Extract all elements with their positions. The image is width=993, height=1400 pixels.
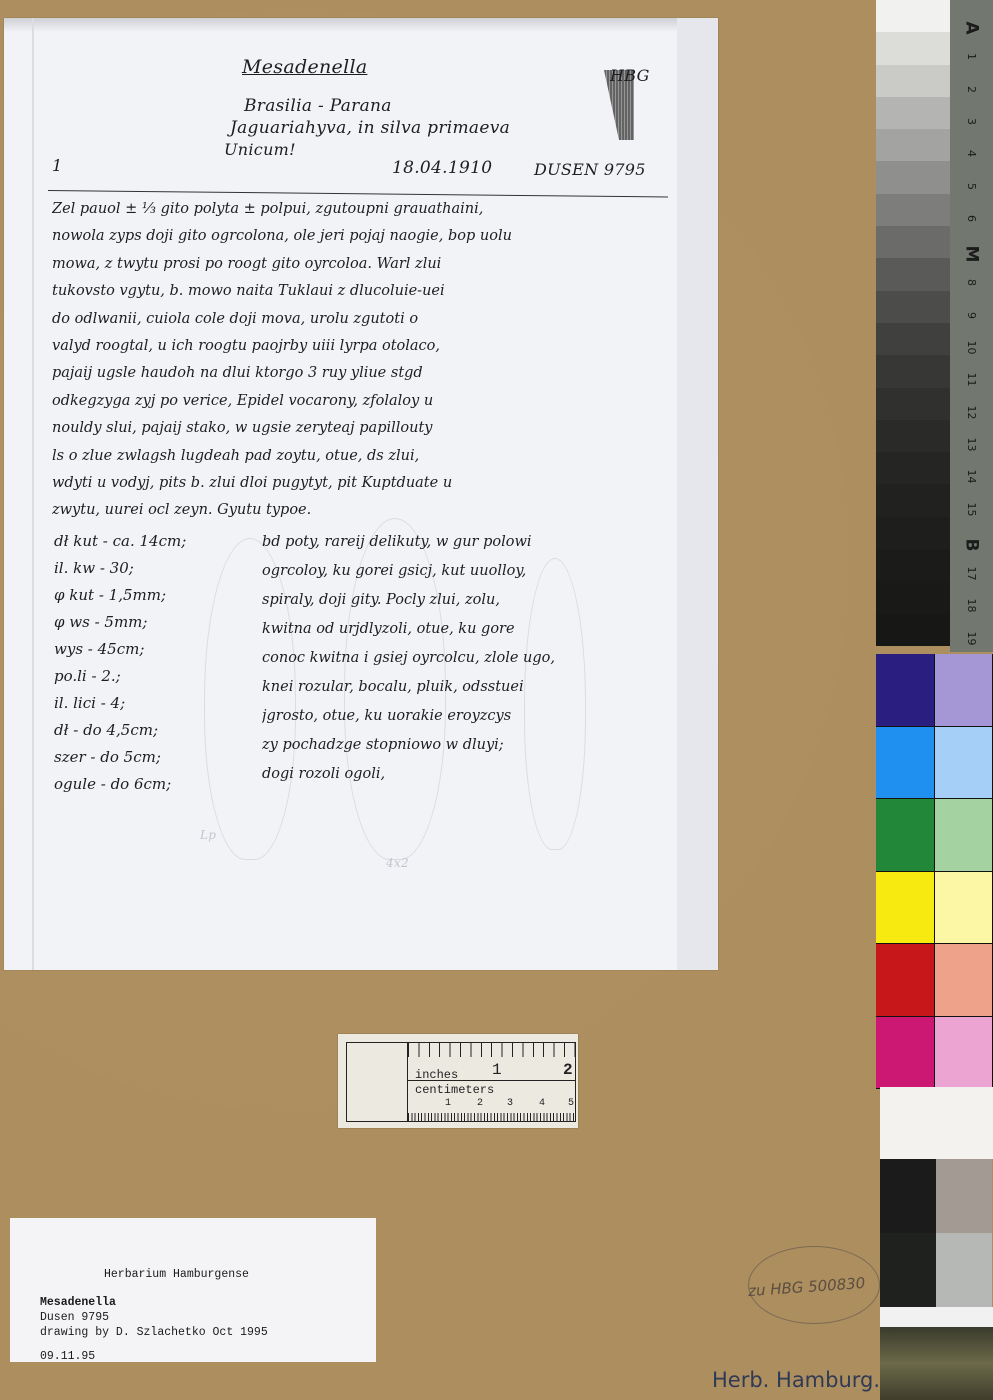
measurements-list: dł kut - ca. 14cm; il. kw - 30; φ kut - … (54, 528, 186, 798)
white-patch (880, 1087, 993, 1159)
gray-step (876, 517, 950, 549)
color-patch (876, 872, 935, 944)
cm-mark: 1 (445, 1098, 451, 1109)
cm-mark: 2 (477, 1098, 483, 1109)
gray-step (876, 549, 950, 581)
color-patch (876, 799, 935, 871)
color-patch (876, 944, 935, 1016)
color-patch (935, 799, 993, 871)
measurement-item: dł - do 4,5cm; (54, 717, 186, 744)
dark-patch (880, 1159, 936, 1233)
gray-step (876, 0, 950, 32)
description-line: bd poty, rareij delikuty, w gur polowi (262, 528, 662, 557)
gray-step (876, 32, 950, 64)
gray-step (876, 194, 950, 226)
flower-description-paragraph: bd poty, rareij delikuty, w gur polowi o… (262, 528, 662, 789)
label-collector-number: Dusen 9795 (40, 1311, 109, 1324)
gray-step (876, 129, 950, 161)
gray-step (876, 581, 950, 613)
gray-step (876, 291, 950, 323)
patch-row (876, 654, 993, 727)
handwritten-description-sheet: Mesadenella HBG Brasilia - Parana Jaguar… (4, 18, 718, 970)
gray-step (876, 323, 950, 355)
description-line: do odlwanii, cuiola cole doji mova, urol… (52, 306, 652, 333)
locality-line-1: Brasilia - Parana (244, 96, 392, 116)
gray-step (876, 65, 950, 97)
color-patch (935, 727, 993, 799)
description-line: dogi rozoli ogoli, (262, 760, 662, 789)
description-line: odkegzyga zyj po verice, Epidel vocarony… (52, 388, 652, 415)
herbarium-label: Herbarium Hamburgense Mesadenella Dusen … (10, 1218, 376, 1362)
measurement-item: φ ws - 5mm; (54, 609, 186, 636)
label-genus: Mesadenella (40, 1296, 116, 1309)
ruler-blank-area (347, 1043, 408, 1121)
gray-scale-steps (876, 0, 950, 646)
dark-patch (880, 1233, 936, 1307)
description-line: conoc kwitna i gsiej oyrcolcu, zlole ugo… (262, 644, 662, 673)
color-patch (935, 1017, 993, 1089)
scale-ruler: inches 1 2 centimeters 1 2 3 4 5 (338, 1034, 578, 1128)
measurement-item: dł kut - ca. 14cm; (54, 528, 186, 555)
gray-step (876, 452, 950, 484)
gray-scale-labels: A123456M89101112131415B171819 (950, 0, 993, 652)
measurement-item: wys - 45cm; (54, 636, 186, 663)
dark-patches (880, 1159, 993, 1307)
gray-step (876, 388, 950, 420)
measurement-item: szer - do 5cm; (54, 744, 186, 771)
measurement-item: il. lici - 4; (54, 690, 186, 717)
cm-mark: 5 (568, 1098, 574, 1109)
description-line: spiraly, doji gity. Pocly zlui, zolu, (262, 586, 662, 615)
chart-shadow (880, 1327, 993, 1400)
inch-mark: 1 (492, 1061, 502, 1079)
scan-shadow-band (4, 18, 718, 32)
description-line: jgrosto, otue, ku uorakie eroyzcys (262, 702, 662, 731)
chart-bottom-strip (880, 1307, 993, 1327)
measurement-item: il. kw - 30; (54, 555, 186, 582)
color-calibration-chart: A123456M89101112131415B171819 (868, 0, 993, 1400)
inch-mark: 2 (563, 1061, 573, 1079)
label-drawing-credit: drawing by D. Szlachetko Oct 1995 (40, 1326, 268, 1339)
label-header: Herbarium Hamburgense (104, 1268, 249, 1281)
sketch-label: 4x2 (386, 856, 409, 870)
description-line: zy pochadzge stopniowo w dluyi; (262, 731, 662, 760)
sheet-number: 1 (52, 156, 62, 175)
color-patch (876, 727, 935, 799)
description-line: knei rozular, bocalu, pluik, odsstuei (262, 673, 662, 702)
gray-step (876, 226, 950, 258)
collection-date: 18.04.1910 (392, 158, 492, 178)
cm-mark: 3 (507, 1098, 513, 1109)
color-patch (876, 1017, 935, 1089)
description-line: Zel pauol ± ⅓ gito polyta ± polpui, zgut… (52, 196, 652, 223)
measurement-item: ogule - do 6cm; (54, 771, 186, 798)
patch-row (876, 799, 993, 872)
gray-step (876, 484, 950, 516)
sheet-overlap-strip (677, 18, 718, 970)
gray-step (876, 97, 950, 129)
herbarium-code: HBG (610, 66, 650, 85)
description-line: pajaij ugsle haudoh na dlui ktorgo 3 ruy… (52, 360, 652, 387)
herbarium-stamp: Herb. Hamburg. (712, 1368, 880, 1392)
measurement-item: φ kut - 1,5mm; (54, 582, 186, 609)
description-line: valyd roogtal, u ich roogtu paojrby uiii… (52, 333, 652, 360)
measurement-item: po.li - 2.; (54, 663, 186, 690)
description-line: kwitna od urjdlyzoli, otue, ku gore (262, 615, 662, 644)
color-patches (876, 654, 993, 1089)
patch-row (876, 872, 993, 945)
patch-row (876, 1017, 993, 1090)
inch-ticks (408, 1043, 575, 1057)
patch-row (876, 727, 993, 800)
gray-step (876, 420, 950, 452)
gray-step (876, 161, 950, 193)
locality-line-3: Unicum! (224, 140, 296, 159)
cm-mark: 4 (539, 1098, 545, 1109)
color-patch (935, 944, 993, 1016)
sheet-genus-title: Mesadenella (242, 56, 367, 78)
color-patch (935, 654, 993, 726)
color-patch (876, 654, 935, 726)
gray-step (876, 355, 950, 387)
cm-ticks (408, 1113, 575, 1121)
description-line: mowa, z twytu prosi po roogt gito oyrcol… (52, 251, 652, 278)
description-line: nouldy slui, pajaij stako, w ugsie zeryt… (52, 415, 652, 442)
description-line: ls o zlue zwlagsh lugdeah pad zoytu, otu… (52, 443, 652, 470)
collector-number: DUSEN 9795 (534, 160, 646, 179)
label-date: 09.11.95 (40, 1350, 95, 1363)
locality-line-2: Jaguariahyva, in silva primaeva (230, 118, 510, 138)
description-line: nowola zyps doji gito ogrcolona, ole jer… (52, 223, 652, 250)
gray-step (876, 614, 950, 646)
dark-patch (936, 1159, 992, 1233)
color-patch (935, 872, 993, 944)
ruler-frame: inches 1 2 centimeters 1 2 3 4 5 (346, 1042, 576, 1122)
inches-label: inches (415, 1068, 458, 1082)
description-paragraph: Zel pauol ± ⅓ gito polyta ± polpui, zgut… (52, 196, 652, 525)
patch-row (876, 944, 993, 1017)
description-line: zwytu, uurei ocl zeyn. Gyutu typoe. (52, 497, 652, 524)
description-line: wdyti u vodyj, pits b. zlui dloi pugytyt… (52, 470, 652, 497)
gray-step (876, 258, 950, 290)
centimeters-label: centimeters (415, 1083, 494, 1097)
dark-patch (936, 1233, 992, 1307)
sheet-fold-line (32, 18, 34, 970)
description-line: tukovsto vgytu, b. mowo naita Tuklaui z … (52, 278, 652, 305)
description-line: ogrcoloy, ku gorei gsicj, kut uuolloy, (262, 557, 662, 586)
sketch-label: Lp (200, 828, 216, 842)
